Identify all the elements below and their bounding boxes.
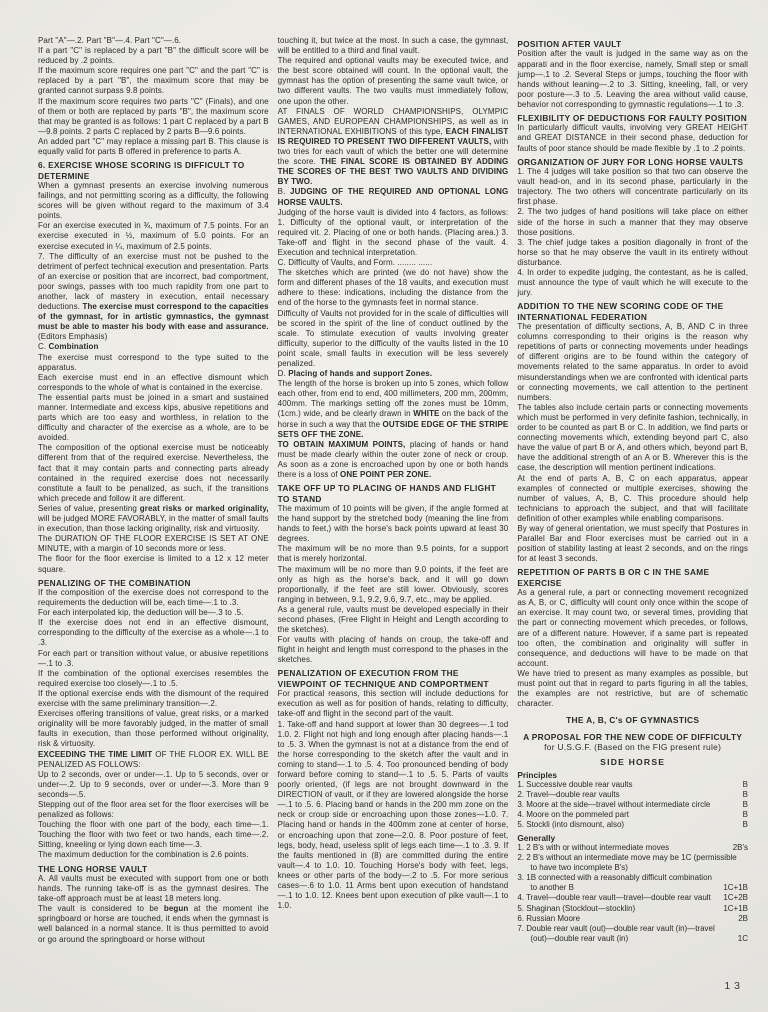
- heading-text: THE LONG HORSE VAULT: [38, 864, 147, 874]
- list-item: 2. Travel—double rear vaultsB: [517, 790, 748, 800]
- text-segment: Up to 2 seconds, over or under—.1. Up to…: [38, 770, 269, 799]
- list-item-text: 3. 1B connected with a reasonably diffic…: [517, 873, 718, 893]
- text-segment: If the optional exercise ends with the d…: [38, 689, 269, 708]
- text-segment: If the maximum score requires one part "…: [38, 66, 269, 95]
- paragraph: When a gymnast presents an exercise invo…: [38, 181, 269, 221]
- paragraph: The vault is considered to be begun at t…: [38, 904, 269, 944]
- text-segment: great risks or marked originality,: [140, 504, 269, 513]
- list-item-text: 4. Moore on the pommeled part: [517, 810, 737, 820]
- paragraph: 2. The two judges of hand positions will…: [517, 207, 748, 237]
- text-segment: begun: [164, 904, 189, 913]
- list-item-value: 1C: [733, 934, 748, 944]
- paragraph: C. Difficulty of Vaults, and Form. .....…: [278, 258, 509, 268]
- paragraph: The sketches which are printed (we do no…: [278, 268, 509, 308]
- paragraph: As a general rule, a part or connecting …: [517, 588, 748, 669]
- paragraph: As a general rule, vaults must be develo…: [278, 605, 509, 635]
- list-item: 3. Moore at the side—travel without inte…: [517, 800, 748, 810]
- list-item-value: B: [738, 800, 748, 810]
- paragraph: The length of the horse is broken up int…: [278, 379, 509, 440]
- text-segment: A. All vaults must be executed with supp…: [38, 874, 269, 903]
- text-segment: For each interpolated kip, the deduction…: [38, 608, 243, 617]
- page-number: 13: [724, 980, 744, 992]
- paragraph: For an exercise executed in ¾, maximum o…: [38, 221, 269, 251]
- section-heading: REPETITION OF PARTS B OR C IN THE SAME E…: [517, 567, 748, 588]
- paragraph: Difficulty of Vaults not provided for in…: [278, 309, 509, 370]
- paragraph: Touching the floor with one part of the …: [38, 820, 269, 850]
- paragraph: The composition of the optional exercise…: [38, 443, 269, 504]
- section-heading: TAKE OFF UP TO PLACING OF HANDS AND FLIG…: [278, 483, 509, 504]
- text-segment: In particularly difficult vaults, involv…: [517, 123, 748, 152]
- paragraph: B. JUDGING OF THE REQUIRED AND OPTIONAL …: [278, 187, 509, 207]
- text-segment: Generally: [517, 833, 555, 843]
- list-item-text: 7. Double rear vault (out)—double rear v…: [517, 924, 732, 944]
- text-segment: Stepping out of the floor area set for t…: [38, 800, 269, 819]
- paragraph: The presentation of difficulty sections,…: [517, 322, 748, 403]
- list-item-value: B: [738, 810, 748, 820]
- text-segment: Difficulty of Vaults not provided for in…: [278, 309, 509, 368]
- text-segment: Touching the floor with one part of the …: [38, 820, 269, 849]
- paragraph: In particularly difficult vaults, involv…: [517, 123, 748, 153]
- list-item: 5. Shaginan (Stocklout—stocklin)1C+1B: [517, 904, 748, 914]
- text-segment: The DURATION OF THE FLOOR EXERCISE IS SE…: [38, 534, 269, 553]
- text-segment: The composition of the optional exercise…: [38, 443, 269, 502]
- paragraph: 3. The chief judge takes a position diag…: [517, 238, 748, 268]
- paragraph: Part "A"—.2. Part "B"—.4. Part "C"—.6.: [38, 36, 269, 46]
- text-segment: Position after the vault is judged in th…: [517, 49, 748, 108]
- list-item: 4. Travel—double rear vault—travel—doubl…: [517, 893, 748, 903]
- text-segment: 4. In order to expedite judging, the con…: [517, 268, 748, 297]
- centered-heading: A PROPOSAL FOR THE NEW CODE OF DIFFICULT…: [517, 732, 748, 753]
- column-left: Part "A"—.2. Part "B"—.4. Part "C"—.6.If…: [38, 36, 269, 945]
- paragraph: touching it, but twice at the most. In s…: [278, 36, 509, 56]
- paragraph: The maximum of 10 points will be given, …: [278, 504, 509, 544]
- text-segment: Principles: [517, 770, 557, 780]
- list-item: 7. Double rear vault (out)—double rear v…: [517, 924, 748, 944]
- text-segment: For vaults with placing of hands on crou…: [278, 635, 509, 664]
- paragraph: The required and optional vaults may be …: [278, 56, 509, 106]
- paragraph: Up to 2 seconds, over or under—.1. Up to…: [38, 770, 269, 800]
- paragraph: For each part or transition without valu…: [38, 649, 269, 669]
- paragraph: Judging of the horse vault is divided in…: [278, 208, 509, 258]
- list-item-text: 1. Successive double rear vaults: [517, 780, 737, 790]
- text-segment: Each exercise must end in an effective d…: [38, 373, 269, 392]
- paragraph: Exercises offering transitions of value,…: [38, 709, 269, 749]
- section-heading: ADDITION TO THE NEW SCORING CODE OF THE …: [517, 301, 748, 322]
- text-segment: The sketches which are printed (we do no…: [278, 268, 509, 307]
- text-segment: An added part "C" may replace a missing …: [38, 137, 269, 156]
- text-segment: The maximum of 10 points will be given, …: [278, 504, 509, 543]
- text-segment: If the exercise does not end in an effec…: [38, 618, 269, 647]
- list-item-text: 1. 2 B's with or without intermediate mo…: [517, 843, 727, 853]
- list-item-value: 1C+1B: [718, 883, 748, 893]
- paragraph: The floor for the floor exercise is limi…: [38, 554, 269, 574]
- paragraph: If the exercise does not end in an effec…: [38, 618, 269, 648]
- list-item-value: 2B: [733, 914, 748, 924]
- paragraph: The maximum deduction for the combinatio…: [38, 850, 269, 860]
- text-segment: (Editors Emphasis): [38, 332, 107, 341]
- section-heading: PENALIZATION OF EXECUTION FROM THE VIEWP…: [278, 668, 509, 689]
- text-segment: TO OBTAIN MAXIMUM POINTS,: [278, 440, 406, 449]
- text-segment: 2. The two judges of hand positions will…: [517, 207, 748, 236]
- heading-text: FLEXIBILITY OF DEDUCTIONS FOR FAULTY POS…: [517, 113, 747, 123]
- centered-heading: THE A, B, C's OF GYMNASTICS: [517, 715, 748, 726]
- paragraph: Series of value, presenting great risks …: [38, 504, 269, 534]
- heading-text: ORGANIZATION OF JURY FOR LONG HORSE VAUL…: [517, 157, 743, 167]
- text-segment: touching it, but twice at the most. In s…: [278, 36, 509, 55]
- text-segment: The presentation of difficulty sections,…: [517, 322, 748, 402]
- text-segment: If the composition of the exercise does …: [38, 588, 269, 607]
- list-item-text: 5. Stockli (into dismount, also): [517, 820, 737, 830]
- text-segment: EXCEEDING THE TIME LIMIT: [38, 750, 152, 759]
- list-item-value: B: [738, 780, 748, 790]
- list-item-value: B: [738, 820, 748, 830]
- subheading: Generally: [517, 833, 748, 843]
- heading-text: POSITION AFTER VAULT: [517, 39, 621, 49]
- text-segment: WHITE: [413, 409, 439, 418]
- text-segment: JUDGING OF THE REQUIRED AND OPTIONAL LON…: [278, 187, 509, 206]
- list-item-text: 4. Travel—double rear vault—travel—doubl…: [517, 893, 718, 903]
- section-heading: 6. EXERCISE WHOSE SCORING IS DIFFICULT T…: [38, 160, 269, 181]
- text-segment: SIDE HORSE: [600, 757, 665, 767]
- paragraph: The tables also include certain parts or…: [517, 403, 748, 474]
- column-middle: touching it, but twice at the most. In s…: [278, 36, 509, 945]
- paragraph: The maximum will be no more than 9.5 poi…: [278, 544, 509, 564]
- text-segment: C.: [38, 342, 49, 351]
- list-item-text: 5. Shaginan (Stocklout—stocklin): [517, 904, 718, 914]
- text-segment: Placing of hands and support Zones.: [288, 369, 432, 378]
- text-segment: will be judged MORE FAVORABLY, in the ma…: [38, 514, 269, 533]
- paragraph: 1. Take-off and hand support at lower th…: [278, 720, 509, 912]
- paragraph: If the combination of the optional exerc…: [38, 669, 269, 689]
- text-segment: We have tried to present as many example…: [517, 669, 748, 708]
- heading-text: PENALIZING OF THE COMBINATION: [38, 578, 191, 588]
- section-heading: FLEXIBILITY OF DEDUCTIONS FOR FAULTY POS…: [517, 113, 748, 123]
- text-columns: Part "A"—.2. Part "B"—.4. Part "C"—.6.If…: [38, 36, 748, 945]
- text-segment: If a part "C" is replaced by a part "B" …: [38, 46, 269, 65]
- paragraph: AT FINALS OF WORLD CHAMPIONSHIPS, OLYMPI…: [278, 107, 509, 188]
- text-segment: Combination: [49, 342, 99, 351]
- text-segment: The maximum will be no more than 9.5 poi…: [278, 544, 509, 563]
- text-segment: The exercise must correspond to the type…: [38, 353, 269, 372]
- paragraph: The exercise must correspond to the type…: [38, 353, 269, 373]
- text-segment: THE A, B, C's OF GYMNASTICS: [566, 715, 699, 725]
- section-heading: POSITION AFTER VAULT: [517, 39, 748, 49]
- list-item: 3. 1B connected with a reasonably diffic…: [517, 873, 748, 893]
- heading-text: 6. EXERCISE WHOSE SCORING IS DIFFICULT T…: [38, 160, 245, 180]
- text-segment: If the combination of the optional exerc…: [38, 669, 269, 688]
- paragraph: If the maximum score requires one part "…: [38, 66, 269, 96]
- paragraph: An added part "C" may replace a missing …: [38, 137, 269, 157]
- text-segment: 3. The chief judge takes a position diag…: [517, 238, 748, 267]
- text-segment: When a gymnast presents an exercise invo…: [38, 181, 269, 220]
- text-segment: ONE POINT PER ZONE.: [340, 470, 431, 479]
- text-segment: C. Difficulty of Vaults, and Form. .....…: [278, 258, 433, 267]
- paragraph: If the maximum score requires two parts …: [38, 97, 269, 137]
- paragraph: If the optional exercise ends with the d…: [38, 689, 269, 709]
- list-item-text: 2. 2 B's without an intermediate move ma…: [517, 853, 743, 873]
- text-segment: for U.S.G.F. (Based on the FIG present r…: [544, 742, 721, 752]
- paragraph: D. Placing of hands and support Zones.: [278, 369, 509, 379]
- paragraph: 1. The 4 judges will take position so th…: [517, 167, 748, 207]
- paragraph: At the end of parts A, B, C on each appa…: [517, 474, 748, 524]
- text-segment: 1. Take-off and hand support at lower th…: [278, 720, 509, 911]
- centered-heading: SIDE HORSE: [517, 757, 748, 768]
- list-item-value: B: [738, 790, 748, 800]
- list-item: 2. 2 B's without an intermediate move ma…: [517, 853, 748, 873]
- text-segment: At the end of parts A, B, C on each appa…: [517, 474, 748, 523]
- text-segment: The vault is considered to be: [38, 904, 164, 913]
- paragraph: The DURATION OF THE FLOOR EXERCISE IS SE…: [38, 534, 269, 554]
- text-segment: For practical reasons, this section will…: [278, 689, 509, 718]
- heading-text: ADDITION TO THE NEW SCORING CODE OF THE …: [517, 301, 723, 321]
- heading-text: PENALIZATION OF EXECUTION FROM THE VIEWP…: [278, 668, 489, 688]
- paragraph: EXCEEDING THE TIME LIMIT OF THE FLOOR EX…: [38, 750, 269, 770]
- text-segment: The maximum will be no more than 9.0 poi…: [278, 565, 509, 604]
- paragraph: The essential parts must be joined in a …: [38, 393, 269, 443]
- paragraph: For vaults with placing of hands on crou…: [278, 635, 509, 665]
- text-segment: As a general rule, vaults must be develo…: [278, 605, 509, 634]
- paragraph: If the composition of the exercise does …: [38, 588, 269, 608]
- list-item: 4. Moore on the pommeled partB: [517, 810, 748, 820]
- paragraph: Position after the vault is judged in th…: [517, 49, 748, 110]
- text-segment: The required and optional vaults may be …: [278, 56, 509, 105]
- text-segment: Series of value, presenting: [38, 504, 140, 513]
- text-segment: The maximum deduction for the combinatio…: [38, 850, 249, 859]
- paragraph: Stepping out of the floor area set for t…: [38, 800, 269, 820]
- text-segment: By way of general orientation, we must s…: [517, 524, 748, 563]
- list-item: 1. Successive double rear vaultsB: [517, 780, 748, 790]
- text-segment: The tables also include certain parts or…: [517, 403, 748, 473]
- text-segment: If the maximum score requires two parts …: [38, 97, 269, 136]
- text-segment: For each part or transition without valu…: [38, 649, 269, 668]
- paragraph: For each interpolated kip, the deduction…: [38, 608, 269, 618]
- text-segment: As a general rule, a part or connecting …: [517, 588, 748, 668]
- paragraph: A. All vaults must be executed with supp…: [38, 874, 269, 904]
- text-segment: Part "A"—.2. Part "B"—.4. Part "C"—.6.: [38, 36, 181, 45]
- text-segment: Exercises offering transitions of value,…: [38, 709, 269, 748]
- section-heading: ORGANIZATION OF JURY FOR LONG HORSE VAUL…: [517, 157, 748, 167]
- column-right: POSITION AFTER VAULTPosition after the v…: [517, 36, 748, 945]
- heading-text: TAKE OFF UP TO PLACING OF HANDS AND FLIG…: [278, 483, 496, 503]
- list-item-text: 6. Russian Moore: [517, 914, 733, 924]
- paragraph: 7. The difficulty of an exercise must no…: [38, 252, 269, 343]
- paragraph: TO OBTAIN MAXIMUM POINTS, placing of han…: [278, 440, 509, 480]
- document-page: Part "A"—.2. Part "B"—.4. Part "C"—.6.If…: [0, 0, 768, 1012]
- paragraph: We have tried to present as many example…: [517, 669, 748, 709]
- paragraph: 4. In order to expedite judging, the con…: [517, 268, 748, 298]
- section-heading: THE LONG HORSE VAULT: [38, 864, 269, 874]
- paragraph: For practical reasons, this section will…: [278, 689, 509, 719]
- list-item: 6. Russian Moore2B: [517, 914, 748, 924]
- paragraph: The maximum will be no more than 9.0 poi…: [278, 565, 509, 605]
- text-segment: For an exercise executed in ¾, maximum o…: [38, 221, 269, 250]
- list-item-text: 3. Moore at the side—travel without inte…: [517, 800, 737, 810]
- list-item-value: 2B's: [728, 843, 748, 853]
- paragraph: If a part "C" is replaced by a part "B" …: [38, 46, 269, 66]
- heading-text: REPETITION OF PARTS B OR C IN THE SAME E…: [517, 567, 709, 587]
- paragraph: Each exercise must end in an effective d…: [38, 373, 269, 393]
- text-segment: D.: [278, 369, 289, 378]
- list-item-value: 1C+2B: [718, 893, 748, 903]
- list-item-value: 1C+1B: [718, 904, 748, 914]
- list-item: 5. Stockli (into dismount, also)B: [517, 820, 748, 830]
- subheading: Principles: [517, 770, 748, 780]
- list-item: 1. 2 B's with or without intermediate mo…: [517, 843, 748, 853]
- paragraph: By way of general orientation, we must s…: [517, 524, 748, 564]
- paragraph: C. Combination: [38, 342, 269, 352]
- text-segment: 1. The 4 judges will take position so th…: [517, 167, 748, 206]
- text-segment: B.: [278, 187, 290, 196]
- text-segment: A PROPOSAL FOR THE NEW CODE OF DIFFICULT…: [523, 732, 742, 742]
- text-segment: Judging of the horse vault is divided in…: [278, 208, 509, 257]
- section-heading: PENALIZING OF THE COMBINATION: [38, 578, 269, 588]
- text-segment: The essential parts must be joined in a …: [38, 393, 269, 442]
- list-item-text: 2. Travel—double rear vaults: [517, 790, 737, 800]
- text-segment: The floor for the floor exercise is limi…: [38, 554, 269, 573]
